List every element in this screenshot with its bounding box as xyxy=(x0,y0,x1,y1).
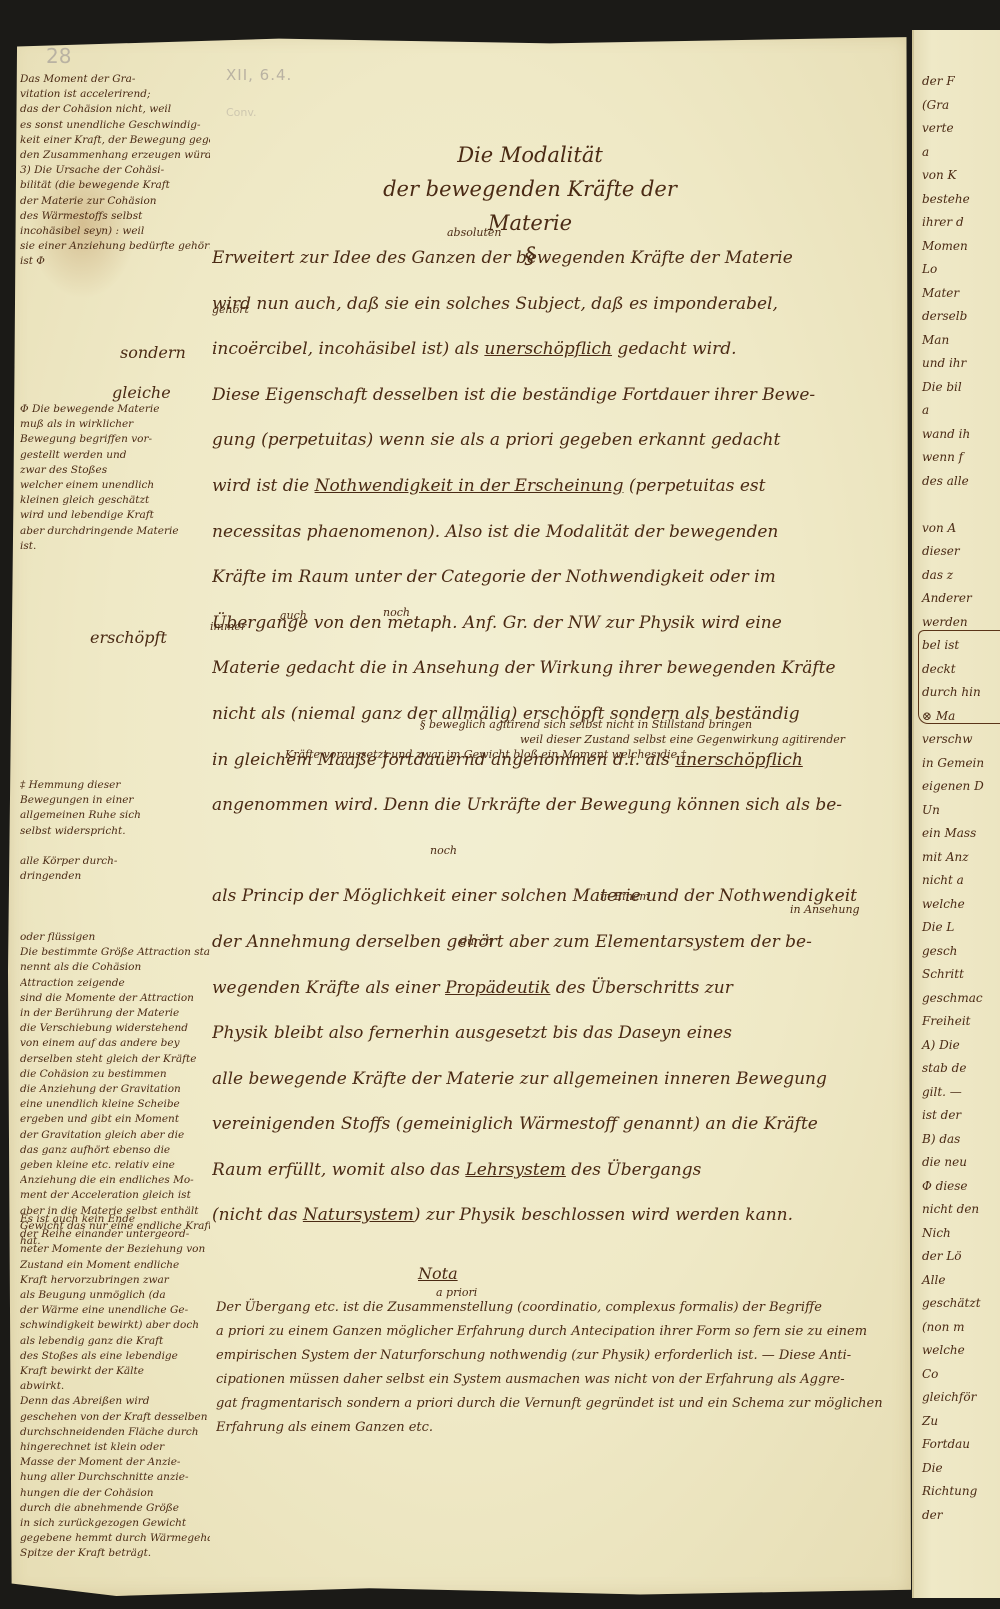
marginal-line: vitation ist accelerirend; xyxy=(20,87,210,102)
nota-line: empirischen System der Naturforschung no… xyxy=(216,1344,906,1368)
marginal-line: in der Berührung der Materie xyxy=(20,1006,210,1021)
marginal-line: Kraft bewirkt der Kälte xyxy=(20,1364,210,1379)
nota-heading: Nota xyxy=(418,1264,458,1283)
marginal-line: kleinen gleich geschätzt xyxy=(20,493,210,508)
marginal-line: derselben steht gleich der Kräfte xyxy=(20,1052,210,1067)
text-line: incoërcibel, incohäsibel ist) als unersc… xyxy=(212,327,902,373)
marginal-word: gleiche xyxy=(112,383,171,402)
text-line: Materie gedacht die in Ansehung der Wirk… xyxy=(212,646,902,692)
adjacent-line: eigenen D xyxy=(922,775,1000,799)
nota-line: gat fragmentarisch sondern a priori durc… xyxy=(216,1392,906,1416)
marginal-line: in sich zurückgezogen Gewicht xyxy=(20,1516,210,1531)
main-text-body: Erweitert zur Idee des Ganzen der bewege… xyxy=(212,236,902,1239)
marginal-line: Anziehung die ein endliches Mo- xyxy=(20,1173,210,1188)
adjacent-line: nicht a xyxy=(922,869,1000,893)
adjacent-line: Zu xyxy=(922,1410,1000,1434)
adjacent-line: verte xyxy=(922,117,1000,141)
marginal-note-5: Es ist auch kein Endeder Reihe einander … xyxy=(20,1212,210,1562)
adjacent-line: der Lö xyxy=(922,1245,1000,1269)
text-line: Physik bleibt also fernerhin ausgesetzt … xyxy=(212,1011,902,1057)
marginal-line: den Zusammenhang erzeugen würde. xyxy=(20,148,210,163)
adjacent-page-text: der F(Graverteavon Kbesteheihrer dMomenL… xyxy=(922,70,1000,1527)
text-line: Diese Eigenschaft desselben ist die best… xyxy=(212,373,902,419)
adjacent-line: Anderer xyxy=(922,587,1000,611)
adjacent-line: (Gra xyxy=(922,94,1000,118)
adjacent-line: Nich xyxy=(922,1222,1000,1246)
adjacent-line: und ihr xyxy=(922,352,1000,376)
underlined-phrase: unerschöpflich xyxy=(675,750,803,770)
marginal-line: das der Cohäsion nicht, weil xyxy=(20,102,210,117)
text-line: angenommen wird. Denn die Urkräfte der B… xyxy=(212,783,902,829)
marginal-line: der Wärme eine unendliche Ge- xyxy=(20,1303,210,1318)
marginal-line: muß als in wirklicher xyxy=(20,417,210,432)
marginal-line: es sonst unendliche Geschwindig- xyxy=(20,118,210,133)
shelfmark: XII, 6.4. xyxy=(226,66,292,84)
marginal-line: bilität (die bewegende Kraft xyxy=(20,178,210,193)
text-line: als Princip der Möglichkeit einer solche… xyxy=(212,874,902,920)
marginal-line: Die bestimmte Größe Attraction starre xyxy=(20,945,210,960)
marginal-line: Bewegung begriffen vor- xyxy=(20,432,210,447)
adjacent-line: Freiheit xyxy=(922,1010,1000,1034)
adjacent-line: stab de xyxy=(922,1057,1000,1081)
marginal-line: die Verschiebung widerstehend xyxy=(20,1021,210,1036)
adjacent-line: ihrer d xyxy=(922,211,1000,235)
text-line: (nicht das Natursystem) zur Physik besch… xyxy=(212,1193,902,1239)
nota-line: Der Übergang etc. ist die Zusammenstellu… xyxy=(216,1296,906,1320)
marginal-line: aber durchdringende Materie xyxy=(20,524,210,539)
adjacent-line: Schritt xyxy=(922,963,1000,987)
adjacent-line: Die L xyxy=(922,916,1000,940)
marginal-line: nennt als die Cohäsion xyxy=(20,960,210,975)
marginal-line: des Stoßes als eine lebendige xyxy=(20,1349,210,1364)
adjacent-line: von A xyxy=(922,517,1000,541)
marginal-line: sind die Momente der Attraction xyxy=(20,991,210,1006)
marginal-line: Attraction zeigende xyxy=(20,976,210,991)
marginal-line: als Beugung unmöglich (da xyxy=(20,1288,210,1303)
underlined-phrase: Natursystem xyxy=(303,1205,414,1225)
adjacent-line: welche xyxy=(922,1339,1000,1363)
nota-text: Der Übergang etc. ist die Zusammenstellu… xyxy=(216,1296,906,1440)
adjacent-line: ein Mass xyxy=(922,822,1000,846)
adjacent-line: Φ diese xyxy=(922,1175,1000,1199)
marginal-line: gestellt werden und xyxy=(20,448,210,463)
adjacent-line: gilt. — xyxy=(922,1081,1000,1105)
marginal-line: 3) Die Ursache der Cohäsi- xyxy=(20,163,210,178)
adjacent-line: derselb xyxy=(922,305,1000,329)
marginal-line: oder flüssigen xyxy=(20,930,210,945)
adjacent-line: Richtung xyxy=(922,1480,1000,1504)
underlined-phrase: unerschöpflich xyxy=(484,339,612,359)
text-line: Kräfte im Raum unter der Categorie der N… xyxy=(212,555,902,601)
marginal-line: durchschneidenden Fläche durch xyxy=(20,1425,210,1440)
adjacent-line xyxy=(922,493,1000,517)
adjacent-line: a xyxy=(922,141,1000,165)
title-line-2: der bewegenden Kräfte der Materie xyxy=(383,177,677,235)
adjacent-line: nicht den xyxy=(922,1198,1000,1222)
marginal-line: zwar des Stoßes xyxy=(20,463,210,478)
adjacent-line: Momen xyxy=(922,235,1000,259)
adjacent-line: a xyxy=(922,399,1000,423)
adjacent-line: Lo xyxy=(922,258,1000,282)
marginal-line: hingerechnet ist klein oder xyxy=(20,1440,210,1455)
underlined-phrase: Nothwendigkeit in der Erscheinung xyxy=(315,476,624,496)
marginal-line: Kraft hervorzubringen zwar xyxy=(20,1273,210,1288)
adjacent-line: gesch xyxy=(922,940,1000,964)
marginal-line: keit einer Kraft, der Bewegung gegen xyxy=(20,133,210,148)
marginal-line: Denn das Abreißen wird xyxy=(20,1394,210,1409)
adjacent-line: wand ih xyxy=(922,423,1000,447)
marginal-line: eine unendlich kleine Scheibe xyxy=(20,1097,210,1112)
text-line: wird nun auch, daß sie ein solches Subje… xyxy=(212,282,902,328)
adjacent-line: in Gemein xyxy=(922,752,1000,776)
marginal-line: welcher einem unendlich xyxy=(20,478,210,493)
marginal-line: alle Körper durch- xyxy=(20,854,210,869)
marginal-line: der Gravitation gleich aber die xyxy=(20,1128,210,1143)
marginal-word: sondern xyxy=(120,343,186,362)
adjacent-line: geschätzt xyxy=(922,1292,1000,1316)
marginal-line: wird und lebendige Kraft xyxy=(20,508,210,523)
adjacent-line: bestehe xyxy=(922,188,1000,212)
adjacent-line: der xyxy=(922,1504,1000,1528)
adjacent-line: das z xyxy=(922,564,1000,588)
nota-line: cipationen müssen daher selbst ein Syste… xyxy=(216,1368,906,1392)
adjacent-line: geschmac xyxy=(922,987,1000,1011)
marginal-line: gegebene hemmt durch Wärmegehalt xyxy=(20,1531,210,1546)
text-line: necessitas phaenomenon). Also ist die Mo… xyxy=(212,510,902,556)
marginal-line: Es ist auch kein Ende xyxy=(20,1212,210,1227)
nota-line: Erfahrung als einem Ganzen etc. xyxy=(216,1416,906,1440)
adjacent-line: Fortdau xyxy=(922,1433,1000,1457)
adjacent-line: gleichför xyxy=(922,1386,1000,1410)
adjacent-line: Man xyxy=(922,329,1000,353)
marginal-line: der Reihe einander untergeord- xyxy=(20,1227,210,1242)
marginal-line: allgemeinen Ruhe sich xyxy=(20,808,210,823)
marginal-line: Bewegungen in einer xyxy=(20,793,210,808)
adjacent-line: die neu xyxy=(922,1151,1000,1175)
adjacent-line: mit Anz xyxy=(922,846,1000,870)
marginal-line xyxy=(20,839,210,854)
text-line: alle bewegende Kräfte der Materie zur al… xyxy=(212,1057,902,1103)
adjacent-line: Co xyxy=(922,1363,1000,1387)
adjacent-line: dieser xyxy=(922,540,1000,564)
marginal-line: Φ Die bewegende Materie xyxy=(20,402,210,417)
marginal-line: der Materie zur Cohäsion xyxy=(20,194,210,209)
adjacent-line: von K xyxy=(922,164,1000,188)
marginal-line: schwindigkeit bewirkt) aber doch xyxy=(20,1318,210,1333)
text-line: nicht als (niemal ganz der allmälig) ers… xyxy=(212,692,902,738)
adjacent-line: Mater xyxy=(922,282,1000,306)
pencil-note: Conv. xyxy=(226,106,257,119)
adjacent-line: Un xyxy=(922,799,1000,823)
text-line: vereinigenden Stoffs (gemeiniglich Wärme… xyxy=(212,1102,902,1148)
marginal-note-1: Das Moment der Gra-vitation ist acceleri… xyxy=(20,72,210,270)
marginal-line: dringenden xyxy=(20,869,210,884)
marginal-line: Masse der Moment der Anzie- xyxy=(20,1455,210,1470)
adjacent-line: ist der xyxy=(922,1104,1000,1128)
text-line: in gleichem Maaße fortdauernd angenommen… xyxy=(212,738,902,784)
adjacent-page-edge: der F(Graverteavon Kbesteheihrer dMomenL… xyxy=(912,30,1000,1598)
text-line: wird ist die Nothwendigkeit in der Ersch… xyxy=(212,464,902,510)
marginal-line: hungen die der Cohäsion xyxy=(20,1486,210,1501)
marginal-line: incohäsibel seyn) : weil xyxy=(20,224,210,239)
marginal-line: abwirkt. xyxy=(20,1379,210,1394)
text-line: Übergange von den metaph. Anf. Gr. der N… xyxy=(212,601,902,647)
adjacent-line: (non m xyxy=(922,1316,1000,1340)
marginal-line: ergeben und gibt ein Moment xyxy=(20,1112,210,1127)
adjacent-line: des alle xyxy=(922,470,1000,494)
marginal-note-4: oder flüssigenDie bestimmte Größe Attrac… xyxy=(20,930,210,1249)
bracketed-insertion xyxy=(918,630,1000,724)
marginal-line: Das Moment der Gra- xyxy=(20,72,210,87)
adjacent-line: Die bil xyxy=(922,376,1000,400)
marginal-line: die Anziehung der Gravitation xyxy=(20,1082,210,1097)
text-line: gung (perpetuitas) wenn sie als a priori… xyxy=(212,418,902,464)
marginal-line: ‡ Hemmung dieser xyxy=(20,778,210,793)
text-line xyxy=(212,829,902,875)
adjacent-line: verschw xyxy=(922,728,1000,752)
marginal-note-3: ‡ Hemmung dieserBewegungen in einerallge… xyxy=(20,778,210,884)
folio-number: 28 xyxy=(46,44,71,68)
marginal-line: ist Φ xyxy=(20,254,210,269)
nota-line: a priori zu einem Ganzen möglicher Erfah… xyxy=(216,1320,906,1344)
marginal-line: die Cohäsion zu bestimmen xyxy=(20,1067,210,1082)
marginal-line: selbst widerspricht. xyxy=(20,824,210,839)
text-line: wegenden Kräfte als einer Propädeutik de… xyxy=(212,966,902,1012)
marginal-line: Spitze der Kraft beträgt. xyxy=(20,1546,210,1561)
marginal-line: als lebendig ganz die Kraft xyxy=(20,1334,210,1349)
adjacent-line: wenn f xyxy=(922,446,1000,470)
text-line: der Annehmung derselben gehört aber zum … xyxy=(212,920,902,966)
marginal-line: Zustand ein Moment endliche xyxy=(20,1258,210,1273)
adjacent-line: Die xyxy=(922,1457,1000,1481)
underlined-phrase: Lehrsystem xyxy=(465,1160,566,1180)
marginal-line: von einem auf das andere bey xyxy=(20,1036,210,1051)
text-line: Raum erfüllt, womit also das Lehrsystem … xyxy=(212,1148,902,1194)
adjacent-line: der F xyxy=(922,70,1000,94)
marginal-line: sie einer Anziehung bedürfte gehört xyxy=(20,239,210,254)
marginal-line: neter Momente der Beziehung von xyxy=(20,1242,210,1257)
marginal-line: hung aller Durchschnitte anzie- xyxy=(20,1470,210,1485)
marginal-line: geschehen von der Kraft desselben xyxy=(20,1410,210,1425)
marginal-line: geben kleine etc. relativ eine xyxy=(20,1158,210,1173)
text-line: Erweitert zur Idee des Ganzen der bewege… xyxy=(212,236,902,282)
marginal-note-2: Φ Die bewegende Materiemuß als in wirkli… xyxy=(20,402,210,554)
marginal-line: ment der Acceleration gleich ist xyxy=(20,1188,210,1203)
adjacent-line: A) Die xyxy=(922,1034,1000,1058)
title-line-1: Die Modalität xyxy=(457,143,603,167)
marginal-line: ist. xyxy=(20,539,210,554)
underlined-phrase: Propädeutik xyxy=(445,978,550,998)
adjacent-line: B) das xyxy=(922,1128,1000,1152)
marginal-word-erschoepft: erschöpft xyxy=(90,628,167,647)
marginal-line: durch die abnehmende Größe xyxy=(20,1501,210,1516)
adjacent-line: welche xyxy=(922,893,1000,917)
marginal-line: das ganz aufhört ebenso die xyxy=(20,1143,210,1158)
marginal-line: des Wärmestoffs selbst xyxy=(20,209,210,224)
adjacent-line: Alle xyxy=(922,1269,1000,1293)
